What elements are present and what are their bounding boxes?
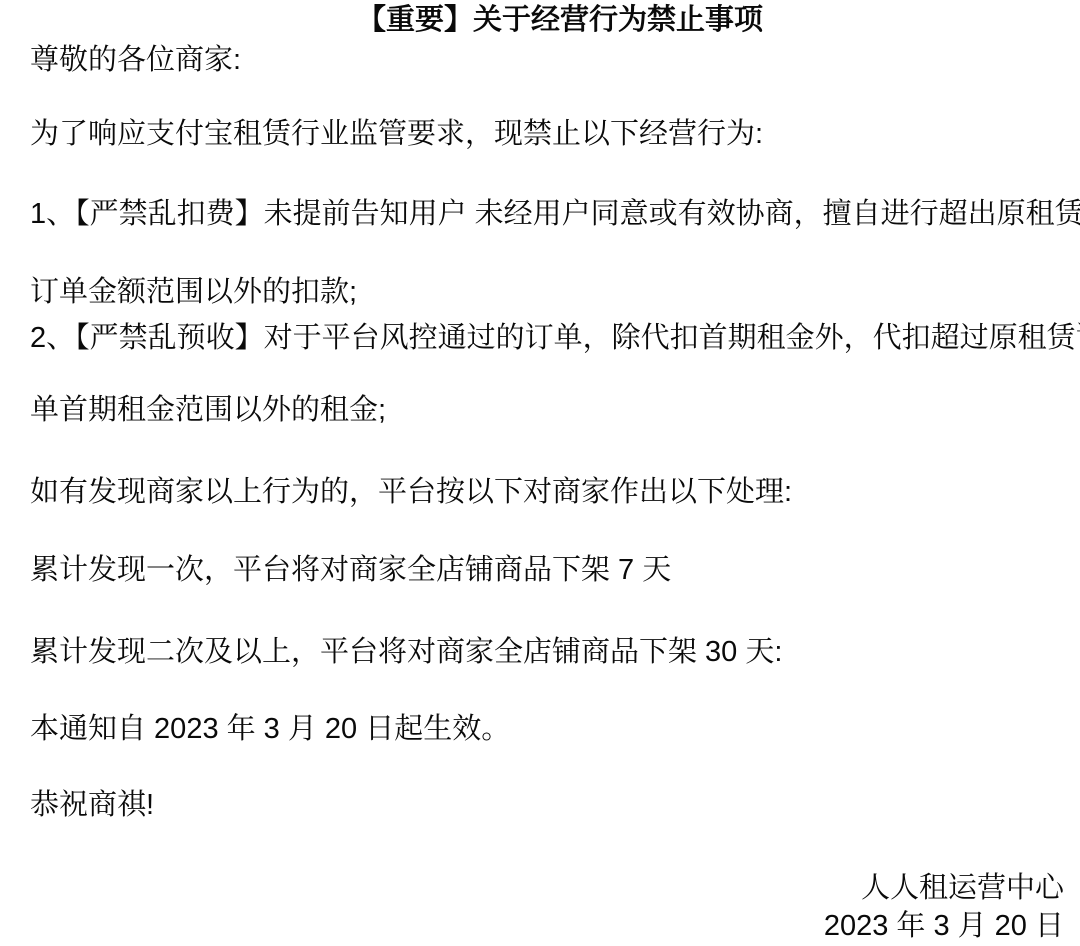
notice-document: 【重要】关于经营行为禁止事项 尊敬的各位商家: 为了响应支付宝租赁行业监管要求，… [0,0,1080,946]
rule-2-line-2: 单首期租金范围以外的租金; [30,394,386,426]
penalty-intro-line: 如有发现商家以上行为的，平台按以下对商家作出以下处理: [30,476,792,508]
effective-date-line: 本通知自 2023 年 3 月 20 日起生效。 [30,713,510,745]
intro-line: 为了响应支付宝租赁行业监管要求，现禁止以下经营行为: [30,118,763,150]
rule-1-line-1: 1、【严禁乱扣费】未提前告知用户 未经用户同意或有效协商，擅自进行超出原租赁 [30,198,1080,230]
signature-date: 2023 年 3 月 20 日 [824,910,1064,942]
rule-1-line-2: 订单金额范围以外的扣款; [30,276,357,308]
penalty-first-line: 累计发现一次，平台将对商家全店铺商品下架 7 天 [30,554,671,586]
rule-2-line-1: 2、【严禁乱预收】对于平台风控通过的订单，除代扣首期租金外，代扣超过原租赁订 [30,322,1080,354]
closing-wish-line: 恭祝商祺! [30,789,154,821]
salutation-line: 尊敬的各位商家: [30,44,241,76]
notice-title: 【重要】关于经营行为禁止事项 [20,4,1080,36]
penalty-repeat-line: 累计发现二次及以上，平台将对商家全店铺商品下架 30 天: [30,636,782,668]
signature-org: 人人租运营中心 [861,872,1064,904]
